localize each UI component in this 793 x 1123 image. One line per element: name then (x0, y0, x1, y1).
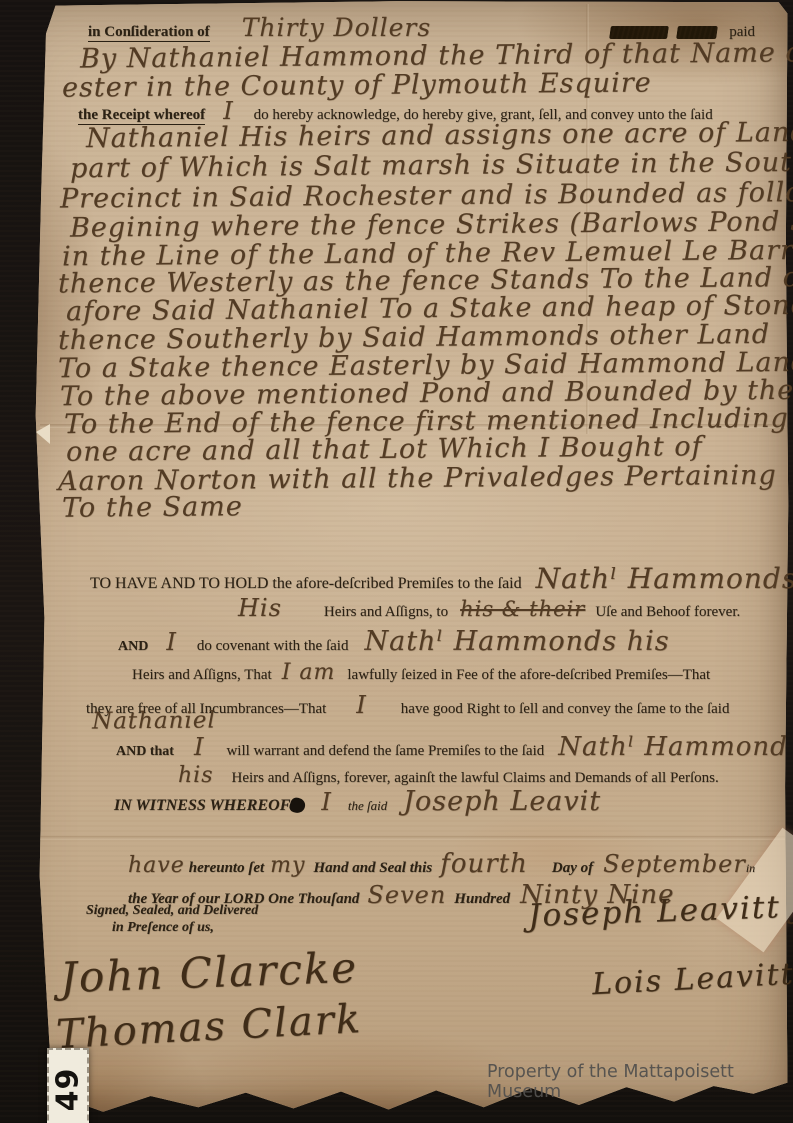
handwritten-text: To the Same (62, 491, 243, 524)
scanned-deed-photo: in Conſideration of Thirty Dollers paid … (0, 0, 793, 1123)
seal-line: have hereunto ſet my Hand and Seal this … (128, 849, 755, 879)
defend-line: his Heirs and Aſſigns, forever, againſt … (178, 763, 719, 788)
catalog-number: 49 (51, 1067, 86, 1111)
handwritten-text: Nathaniel (92, 707, 216, 734)
printed-consideration-label: in Conſideration of (88, 24, 210, 42)
printed-and-word: AND (118, 639, 148, 654)
scribbled-out-text (609, 26, 669, 39)
attestation-line-1: Signed, Sealed, and Delivered (86, 901, 258, 919)
museum-watermark: Property of the Mattapoisett Museum (487, 1062, 793, 1102)
handwritten-his: His (238, 594, 282, 622)
printed-day-of: Day of (552, 860, 593, 876)
printed-text: in Preſence of us, (112, 920, 214, 935)
printed-heirs-text: Heirs and Aſſigns, to (324, 604, 448, 620)
handwritten-have: have (128, 853, 185, 878)
signature-john-clarcke: John Clarcke (59, 943, 359, 1002)
covenant-line: AND I do covenant with the ſaid Nathˡ Ha… (118, 626, 670, 657)
horizontal-fold-crease (40, 836, 785, 840)
printed-tohave-text: TO HAVE AND TO HOLD the afore-deſcribed … (90, 575, 522, 592)
handwritten-amount: Thirty Dollers (242, 13, 432, 42)
scribbled-out-text (676, 26, 718, 39)
handwritten-grantor-name: Joseph Leavit (403, 786, 601, 817)
printed-free-post: have good Right to ſell and convey the ſ… (401, 701, 730, 717)
handwritten-my: my (270, 853, 305, 878)
handwritten-i-am: I am (282, 660, 336, 685)
heirs-line: His Heirs and Aſſigns, to his & their Uſ… (238, 594, 740, 622)
handwritten-grantee-name: Nathˡ Hammonds (536, 562, 793, 595)
printed-hundred: Hundred (454, 891, 510, 907)
printed-text: Signed, Sealed, and Delivered (86, 903, 258, 918)
handwritten-seven: Seven (367, 881, 446, 909)
handwritten-his: his (178, 763, 214, 788)
printed-and-that: AND that (116, 744, 174, 759)
printed-in-word: in (746, 861, 755, 875)
printed-in-witness-whereof: IN WITNESS WHEREOF (114, 797, 290, 814)
handwritten-i: I (194, 733, 204, 761)
printed-seized-pre: Heirs and Aſſigns, That (132, 667, 272, 683)
handwritten-i: I (356, 691, 366, 719)
handwritten-his-and-their: his & their (460, 597, 585, 621)
ink-blot (288, 796, 307, 815)
warrant-line: AND that I will warrant and defend the ſ… (116, 732, 788, 762)
handwritten-grantee-name: Nathˡ Hammond (558, 732, 788, 762)
printed-warrant-text: will warrant and defend the ſame Premiſe… (226, 743, 544, 759)
printed-defend-text: Heirs and Aſſigns, forever, againſt the … (232, 770, 719, 786)
handwritten-fourth: fourth (440, 849, 528, 879)
handwritten-i: I (223, 97, 233, 125)
seized-line: Heirs and Aſſigns, That I am lawfully ſe… (132, 660, 710, 685)
printed-use-behoof-text: Uſe and Behoof forever. (595, 604, 740, 620)
handwritten-nathaniel-line: Nathaniel (92, 707, 216, 734)
body-line: To the Same (62, 491, 243, 524)
attestation-line-2: in Preſence of us, (112, 918, 214, 936)
signature-text: John Clarcke (59, 943, 359, 1002)
witness-line: IN WITNESS WHEREOF I the ſaid Joseph Lea… (114, 786, 601, 817)
printed-seized-post: lawfully ſeized in Fee of the afore-deſc… (347, 667, 710, 683)
handwritten-i: I (321, 788, 331, 816)
handwritten-i: I (166, 628, 176, 656)
printed-hand-and-seal: Hand and Seal this (313, 860, 432, 876)
printed-the-said: the ſaid (348, 798, 387, 813)
tohave-line: TO HAVE AND TO HOLD the afore-deſcribed … (90, 562, 793, 595)
catalog-number-sticker: 49 (47, 1048, 89, 1123)
handwritten-grantee-name: Nathˡ Hammonds his (364, 626, 669, 657)
handwritten-september: September (603, 850, 746, 878)
printed-covenant-text: do covenant with the ſaid (197, 638, 349, 654)
printed-hereunto-set: hereunto ſet (189, 860, 264, 876)
